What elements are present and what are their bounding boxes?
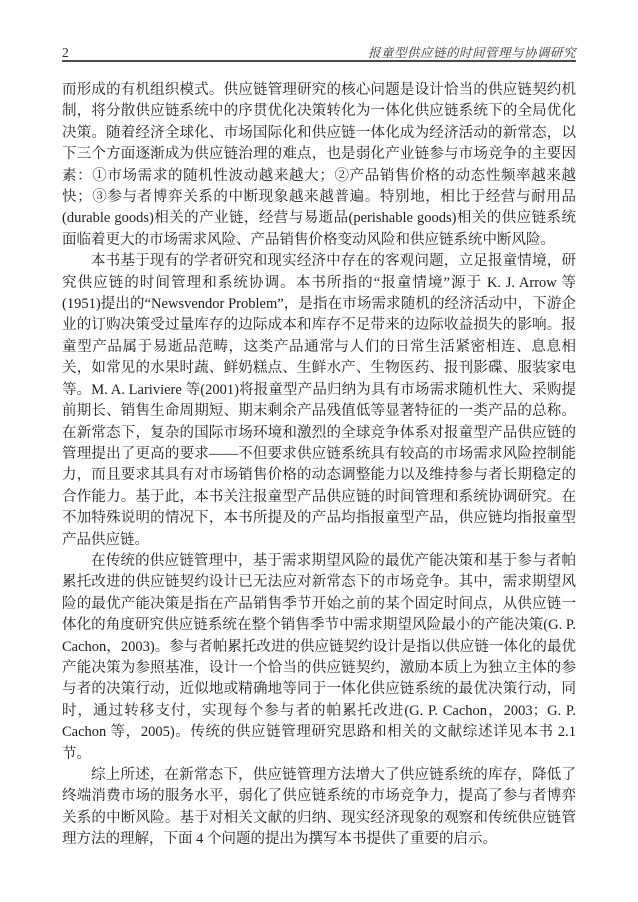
header-rule: [62, 60, 576, 62]
paragraph: 综上所述，在新常态下，供应链管理方法增大了供应链系统的库存，降低了终端消费市场的…: [62, 765, 576, 851]
page-number: 2: [62, 46, 69, 60]
running-title: 报童型供应链的时间管理与协调研究: [368, 47, 576, 60]
paragraph-continuation: 而形成的有机组织模式。供应链管理研究的核心问题是设计恰当的供应链契约机制，将分散…: [62, 80, 576, 251]
paragraph: 本书基于现有的学者研究和现实经济中存在的客观问题，立足报童情境，研究供应链的时间…: [62, 251, 576, 551]
page-body: 而形成的有机组织模式。供应链管理研究的核心问题是设计恰当的供应链契约机制，将分散…: [62, 80, 576, 851]
book-page: 2 报童型供应链的时间管理与协调研究 而形成的有机组织模式。供应链管理研究的核心…: [0, 0, 638, 902]
paragraph: 在传统的供应链管理中，基于需求期望风险的最优产能决策和基于参与者帕累托改进的供应…: [62, 551, 576, 765]
page-header: 2 报童型供应链的时间管理与协调研究: [62, 41, 576, 59]
